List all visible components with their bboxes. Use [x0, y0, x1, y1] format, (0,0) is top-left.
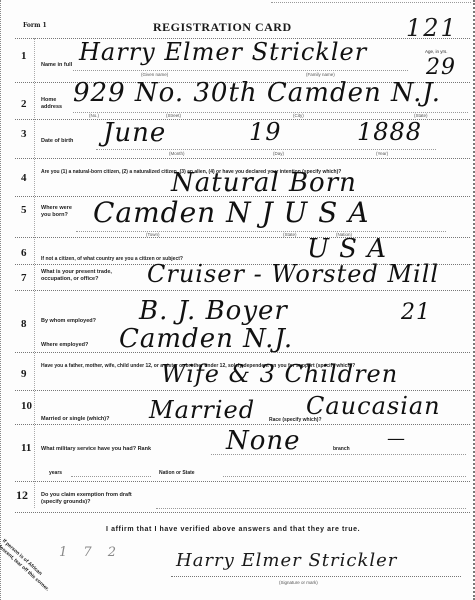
birth-day-value: 19: [249, 118, 282, 146]
pencil-mark: 1 7 2: [59, 545, 122, 560]
row-number-4: 4: [21, 172, 27, 184]
birthplace-line: [76, 231, 446, 232]
name-value: Harry Elmer Strickler: [79, 38, 367, 66]
divider: [15, 512, 470, 513]
military-service-label: What military service have you had? Rank: [41, 446, 151, 453]
row-number-9: 9: [21, 368, 27, 380]
row-number-6: 6: [21, 247, 27, 259]
nation-or-state-label: Nation or State: [159, 470, 195, 477]
top-edge: [271, 2, 471, 3]
name-line: [73, 70, 408, 71]
branch-value: —: [387, 428, 406, 449]
employment-location-value: Camden N.J.: [119, 324, 293, 354]
date-of-birth-label: Date of birth: [41, 138, 73, 145]
divider: [15, 352, 470, 353]
marital-status-label: Married or single (which)?: [41, 416, 109, 423]
age-value: 29: [426, 55, 456, 80]
years-label: years: [49, 470, 62, 477]
name-label: Name in full: [41, 62, 72, 69]
row-number-3: 3: [21, 128, 27, 140]
military-service-value: None: [226, 426, 301, 456]
years-line: [71, 476, 151, 477]
citizenship-status-value: Natural Born: [171, 168, 357, 198]
street-sublabel: (Street): [166, 113, 181, 118]
occupation-value: Cruiser - Worsted Mill: [147, 260, 439, 288]
address-line: [73, 112, 468, 113]
birthplace-label: Where were you born?: [41, 205, 73, 219]
home-address-value: 929 No. 30th Camden N.J.: [73, 78, 441, 108]
employment-location-label: Where employed?: [41, 342, 88, 349]
birthplace-value: Camden N J U S A: [93, 196, 369, 229]
dependents-value: Wife & 3 Children: [161, 360, 398, 388]
row-number-1: 1: [21, 50, 27, 62]
birth-month-value: June: [103, 118, 166, 148]
corner-note: If person is of African descent, tear of…: [0, 538, 57, 595]
divider: [15, 158, 470, 159]
row-number-2: 2: [21, 98, 27, 110]
rank-line: [211, 454, 466, 455]
row-number-12: 12: [16, 488, 28, 503]
family-name-sublabel: (Family name): [306, 72, 335, 77]
registrant-signature: Harry Elmer Strickler: [176, 550, 397, 571]
divider: [15, 481, 470, 482]
form-number: Form 1: [23, 22, 47, 29]
signature-sublabel: (Signature or mark): [279, 580, 318, 585]
nation-line: [223, 476, 466, 477]
divider: [15, 424, 470, 425]
exemption-label: Do you claim exemption from draft (speci…: [41, 492, 151, 506]
marital-status-value: Married: [149, 396, 255, 424]
occupation-label: What is your present trade, occupation, …: [41, 269, 136, 283]
year-sublabel: (Year): [376, 151, 388, 156]
dob-line: [96, 149, 436, 150]
employer-label: By whom employed?: [41, 318, 96, 325]
home-address-label: Home address: [41, 97, 71, 111]
city-sublabel: (City): [293, 113, 304, 118]
divider: [15, 237, 470, 238]
employer-value: B. J. Boyer: [139, 296, 288, 326]
row-number-7: 7: [21, 272, 27, 284]
branch-label: branch: [333, 446, 350, 453]
employer-extra-value: 21: [401, 300, 431, 325]
left-margin-rule: [34, 38, 35, 508]
row-number-5: 5: [21, 204, 27, 216]
divider: [15, 390, 470, 391]
birth-year-value: 1888: [357, 118, 422, 146]
given-name-sublabel: (Given name): [141, 72, 168, 77]
card-title: REGISTRATION CARD: [153, 20, 292, 35]
month-sublabel: (Month): [169, 151, 185, 156]
no-sublabel: (No.): [89, 113, 99, 118]
age-label: Age, in yrs.: [425, 48, 448, 55]
divider: [15, 290, 470, 291]
day-sublabel: (Day): [273, 151, 284, 156]
row-number-10: 10: [21, 400, 32, 412]
registration-card: Form 1 REGISTRATION CARD 121 1 Name in f…: [0, 0, 475, 600]
exemption-line: [156, 508, 466, 509]
signature-line: [171, 576, 461, 577]
row-number-8: 8: [21, 318, 27, 330]
race-value: Caucasian: [306, 392, 441, 420]
row-number-11: 11: [21, 442, 31, 454]
affirmation-text: I affirm that I have verified above answ…: [106, 526, 360, 533]
